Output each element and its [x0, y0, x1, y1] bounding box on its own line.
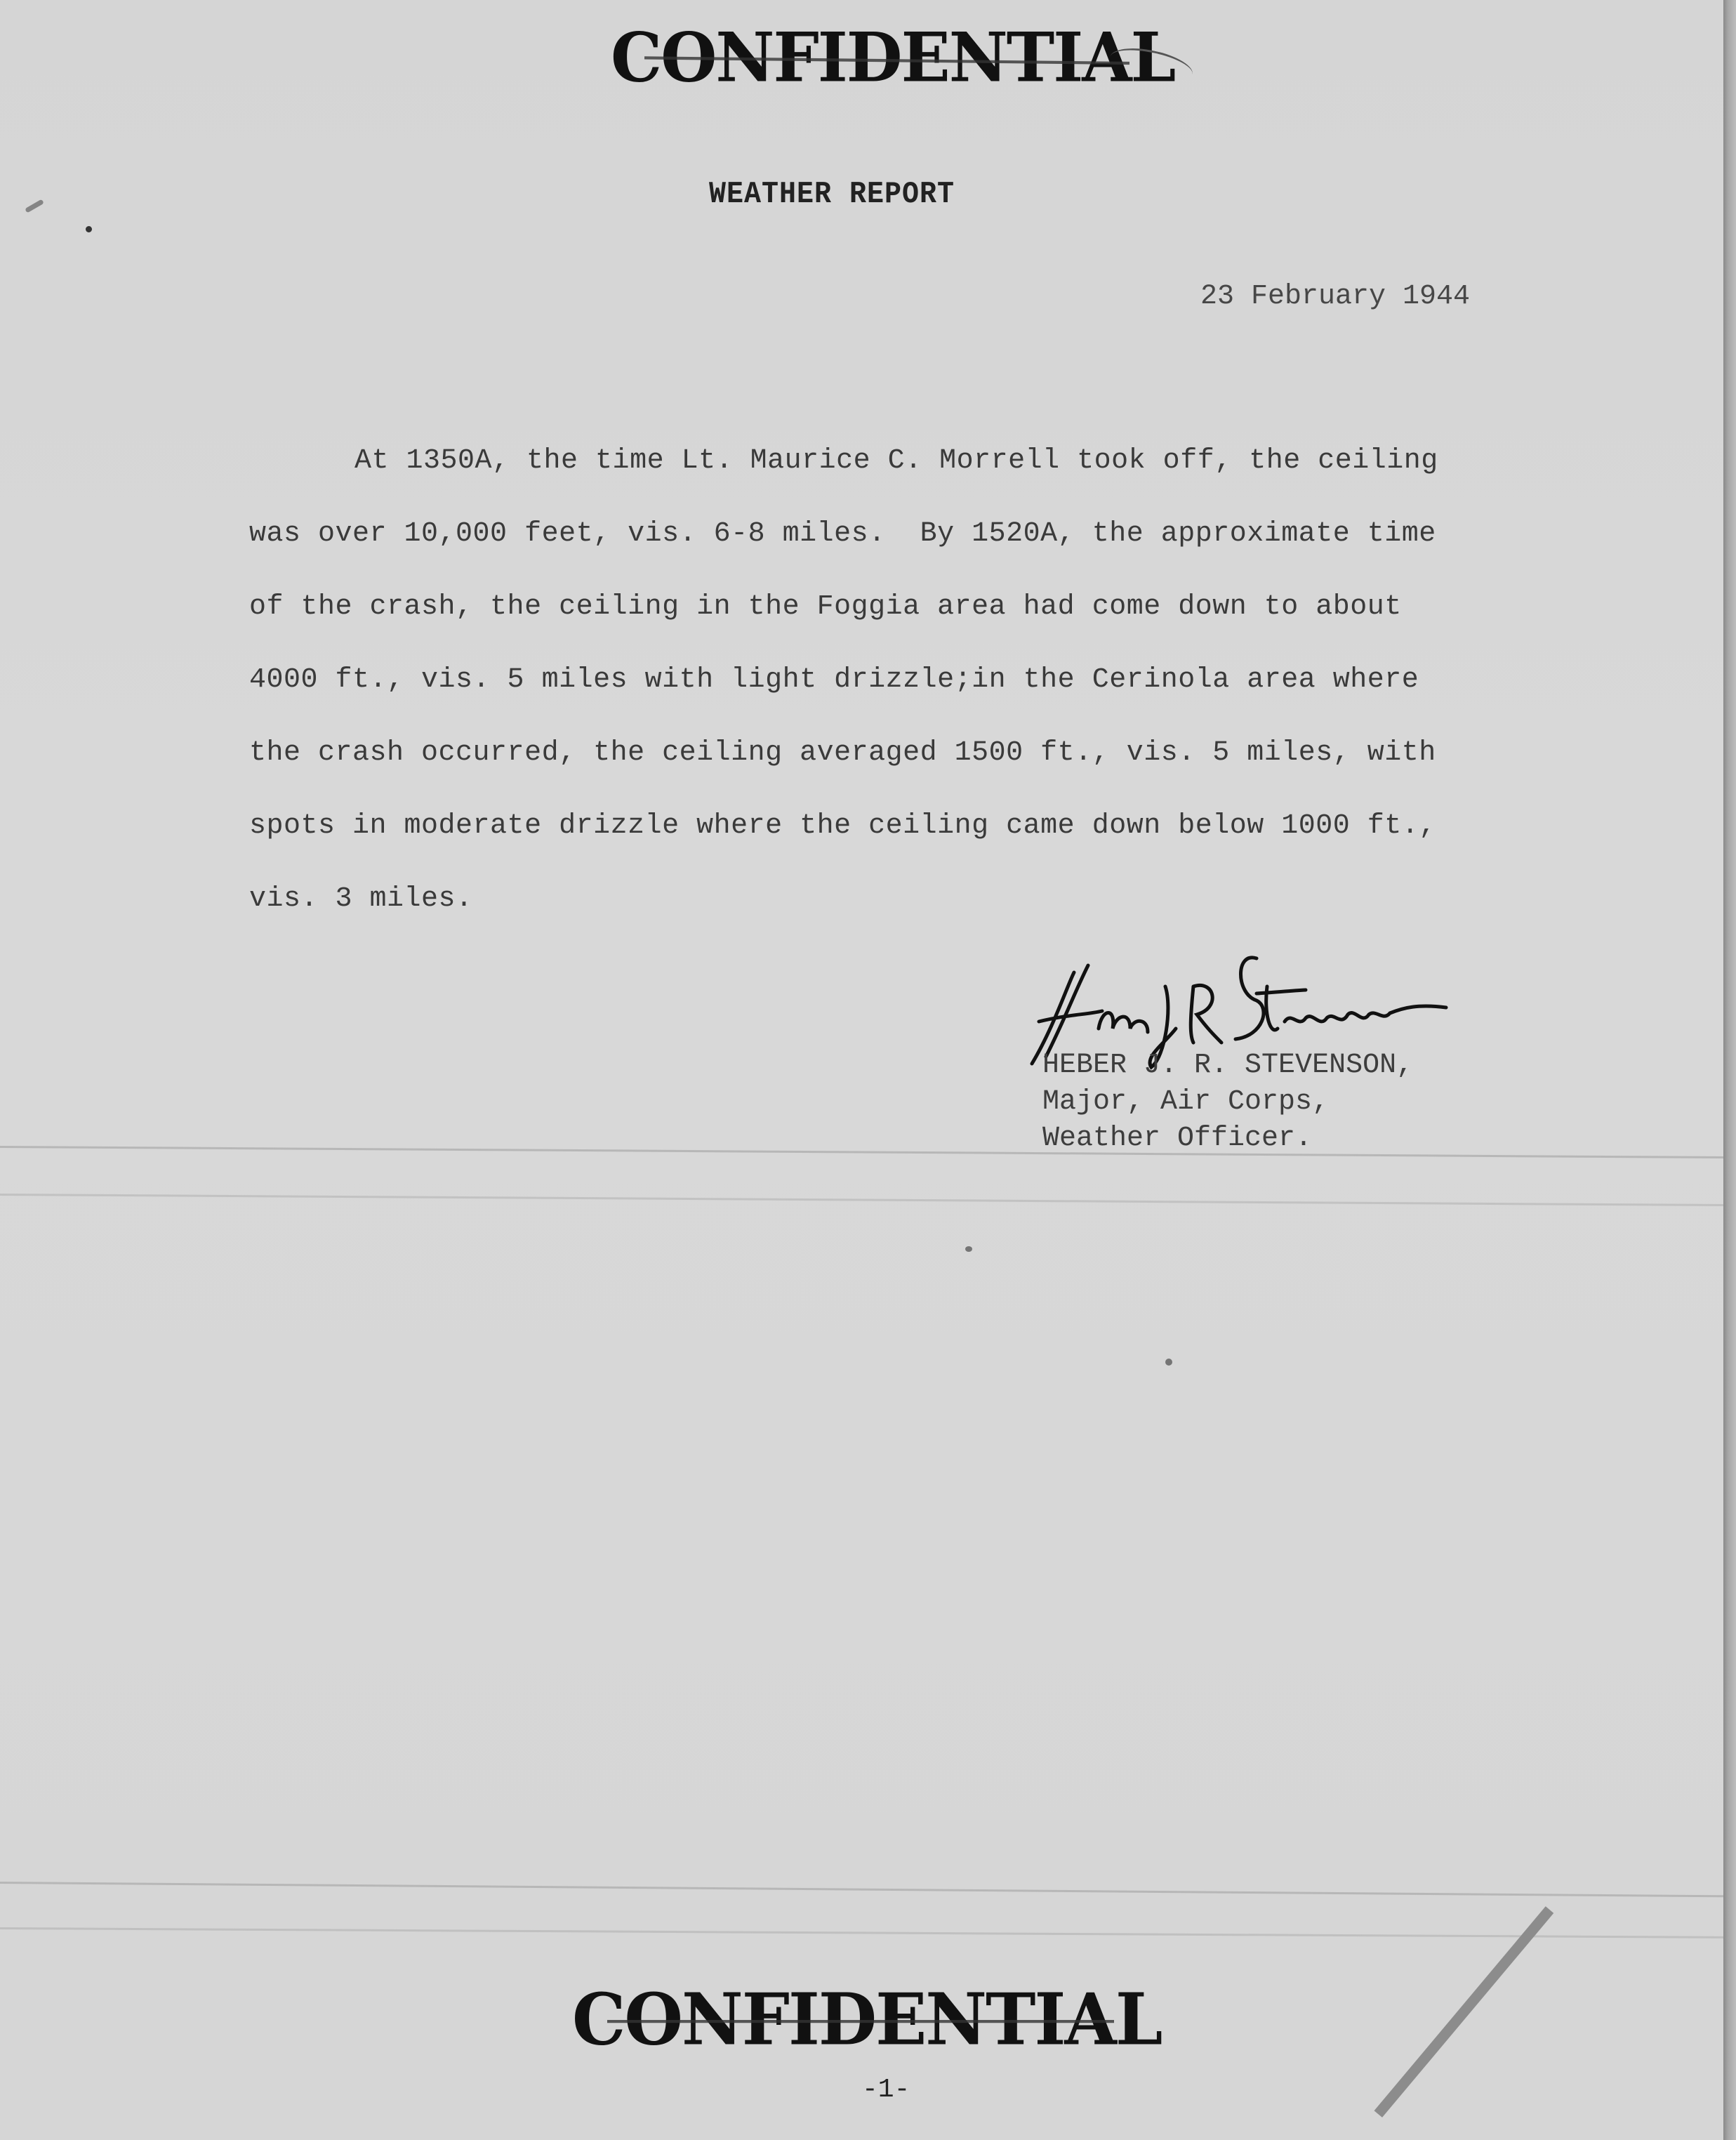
stamp-strikethrough — [607, 2020, 1114, 2023]
document-title: WEATHER REPORT — [709, 178, 955, 213]
body-line: 4000 ft., vis. 5 miles with light drizzl… — [249, 644, 1499, 717]
signer-rank: Major, Air Corps, — [1042, 1084, 1413, 1121]
confidential-stamp-bottom: CONFIDENTIAL — [572, 1978, 1161, 2061]
document-page — [0, 0, 1723, 2140]
speck — [86, 226, 92, 232]
signature-block: HEBER J. R. STEVENSON, Major, Air Corps,… — [1042, 1048, 1413, 1157]
signer-name: HEBER J. R. STEVENSON, — [1042, 1048, 1413, 1084]
body-line: spots in moderate drizzle where the ceil… — [249, 790, 1499, 863]
body-line: the crash occurred, the ceiling averaged… — [249, 717, 1499, 790]
signer-role: Weather Officer. — [1042, 1121, 1413, 1157]
document-date: 23 February 1944 — [1200, 281, 1470, 312]
body-line: At 1350A, the time Lt. Maurice C. Morrel… — [249, 425, 1499, 498]
page-number: -1- — [862, 2075, 910, 2105]
report-body: At 1350A, the time Lt. Maurice C. Morrel… — [249, 425, 1499, 936]
speck — [1165, 1359, 1172, 1366]
body-line: of the crash, the ceiling in the Foggia … — [249, 571, 1499, 644]
speck — [965, 1246, 972, 1252]
body-line: was over 10,000 feet, vis. 6-8 miles. By… — [249, 498, 1499, 571]
page-edge-shadow — [1723, 0, 1736, 2140]
body-line: vis. 3 miles. — [249, 863, 1499, 936]
confidential-stamp-top: CONFIDENTIAL — [611, 18, 1174, 97]
